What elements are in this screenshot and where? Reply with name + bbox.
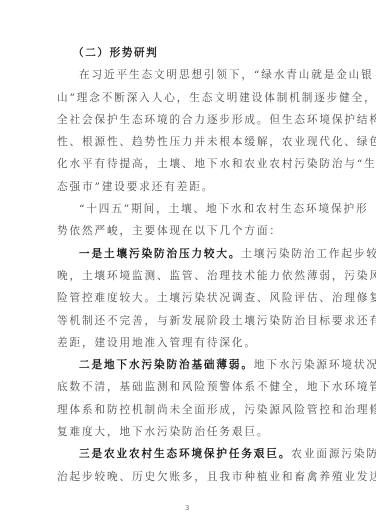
paragraph-line: 险管控难度较大。土壤污染状况调查、风险评估、治理修复 (57, 287, 323, 309)
paragraph-line: 底数不清，基础监测和风险预警体系不健全，地下水环境管 (57, 376, 323, 398)
paragraph-line: 理体系和防控机制尚未全面形成，污染源风险管控和治理修 (57, 399, 323, 421)
point-title-3: 三是农业农村生态环境保护任务艰巨。 (79, 448, 291, 460)
document-body: （二）形势研判 在习近平生态文明思想引领下，“绿水青山就是金山银 山”理念不断深… (57, 42, 323, 488)
paragraph-line: 化水平有待提高，土壤、地下水和农业农村污染防治与“生 (57, 153, 323, 175)
paragraph-line: 山”理念不断深入人心，生态文明建设体制机制逐步健全， (57, 87, 323, 109)
paragraph-line: 晚，土壤环境监测、监管、治理技术能力依然薄弱，污染风 (57, 265, 323, 287)
page-number: 3 (185, 504, 189, 512)
paragraph-line: 二是地下水污染防治基础薄弱。地下水污染源环境状况 (57, 354, 323, 376)
paragraph-line: 势依然严峻，主要体现在以下几个方面： (57, 220, 323, 242)
paragraph-line: 全社会保护生态环境的合力逐步形成。但生态环境保护结构 (57, 109, 323, 131)
paragraph-line: 性、根源性、趋势性压力并未根本缓解，农业现代化、绿色 (57, 131, 323, 153)
paragraph-line: 三是农业农村生态环境保护任务艰巨。农业面源污染防 (57, 443, 323, 465)
point-text: 土壤污染防治工作起步较 (241, 248, 376, 260)
document-page: （二）形势研判 在习近平生态文明思想引领下，“绿水青山就是金山银 山”理念不断深… (0, 0, 376, 532)
paragraph-line: 治起步较晚、历史欠账多，且我市种植业和畜禽养殖业发达， (57, 466, 323, 488)
paragraph-line: 等机制还不完善，与新发展阶段土壤污染防治目标要求还有 (57, 310, 323, 332)
section-heading: （二）形势研判 (57, 42, 323, 64)
point-text: 农业面源污染防 (291, 448, 376, 460)
paragraph-line: 差距，建设用地准入管理有待深化。 (57, 332, 323, 354)
point-text: 地下水污染源环境状况 (254, 359, 376, 371)
paragraph-line: 在习近平生态文明思想引领下，“绿水青山就是金山银 (57, 64, 323, 86)
paragraph-line: 复难度大，地下水污染防治任务艰巨。 (57, 421, 323, 443)
point-title-2: 二是地下水污染防治基础薄弱。 (79, 359, 254, 371)
paragraph-line: “十四五”期间，土壤、地下水和农村生态环境保护形 (57, 198, 323, 220)
paragraph-line: 一是土壤污染防治压力较大。土壤污染防治工作起步较 (57, 243, 323, 265)
paragraph-line: 态强市”建设要求还有差距。 (57, 176, 323, 198)
point-title-1: 一是土壤污染防治压力较大。 (79, 248, 241, 260)
